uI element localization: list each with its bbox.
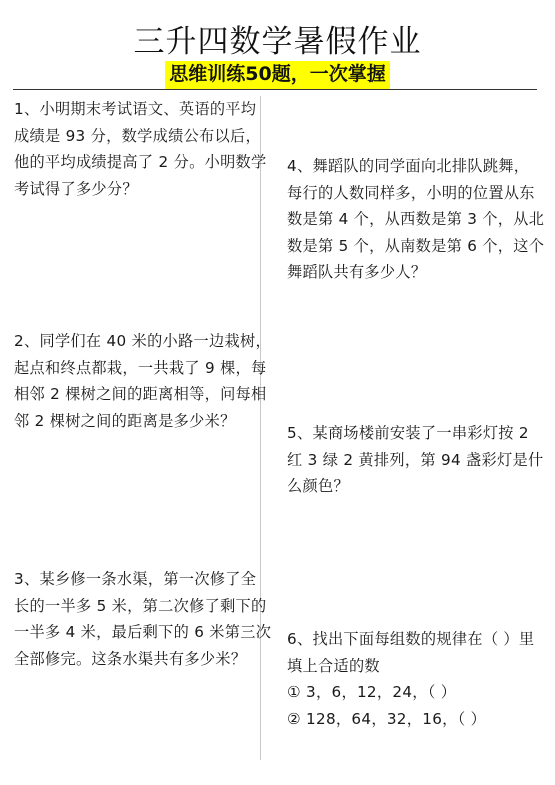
question-line: 一半多 4 米，最后剩下的 6 米第三次 (14, 619, 271, 646)
question-line: 6、找出下面每组数的规律在（ ）里 (287, 626, 534, 653)
question-line: 他的平均成绩提高了 2 分。小明数学 (14, 149, 267, 176)
sequence-2: ② 128，64，32，16，（ ） (287, 706, 534, 733)
question-line: 么颜色？ (287, 473, 543, 500)
question-line: 起点和终点都栽，一共栽了 9 棵，每 (14, 355, 271, 382)
question-line: 4、舞蹈队的同学面向北排队跳舞， (287, 153, 544, 180)
question-line: 填上合适的数 (287, 653, 534, 680)
question-line: 1、小明期末考试语文、英语的平均 (14, 96, 267, 123)
question-6: 6、找出下面每组数的规律在（ ）里 填上合适的数 ① 3，6，12，24，（ ）… (287, 626, 534, 732)
question-line: 长的一半多 5 米，第二次修了剩下的 (14, 593, 271, 620)
question-1: 1、小明期末考试语文、英语的平均 成绩是 93 分，数学成绩公布以后， 他的平均… (14, 96, 267, 202)
question-line: 全部修完。这条水渠共有多少米？ (14, 646, 271, 673)
question-line: 每行的人数同样多，小明的位置从东 (287, 180, 544, 207)
question-line: 成绩是 93 分，数学成绩公布以后， (14, 123, 267, 150)
sequence-1: ① 3，6，12，24，（ ） (287, 679, 534, 706)
question-3: 3、某乡修一条水渠，第一次修了全 长的一半多 5 米，第二次修了剩下的 一半多 … (14, 566, 271, 672)
question-2: 2、同学们在 40 米的小路一边栽树， 起点和终点都栽，一共栽了 9 棵，每 相… (14, 328, 271, 434)
question-4: 4、舞蹈队的同学面向北排队跳舞， 每行的人数同样多，小明的位置从东 数是第 4 … (287, 153, 544, 286)
question-line: 邻 2 棵树之间的距离是多少米？ (14, 408, 271, 435)
question-line: 考试得了多少分？ (14, 176, 267, 203)
question-line: 5、某商场楼前安装了一串彩灯按 2 (287, 420, 543, 447)
subtitle-highlight: 思维训练50题，一次掌握 (165, 61, 389, 89)
question-line: 红 3 绿 2 黄排列，第 94 盏彩灯是什 (287, 447, 543, 474)
question-line: 数是第 5 个，从南数是第 6 个，这个 (287, 233, 544, 260)
question-line: 3、某乡修一条水渠，第一次修了全 (14, 566, 271, 593)
question-line: 相邻 2 棵树之间的距离相等，问每相 (14, 381, 271, 408)
question-line: 2、同学们在 40 米的小路一边栽树， (14, 328, 271, 355)
subtitle-container: 思维训练50题，一次掌握 (0, 61, 555, 89)
page-title: 三升四数学暑假作业 (0, 24, 555, 60)
question-line: 数是第 4 个，从西数是第 3 个，从北 (287, 206, 544, 233)
question-line: 舞蹈队共有多少人？ (287, 259, 544, 286)
question-5: 5、某商场楼前安装了一串彩灯按 2 红 3 绿 2 黄排列，第 94 盏彩灯是什… (287, 420, 543, 500)
header-divider (13, 89, 537, 90)
